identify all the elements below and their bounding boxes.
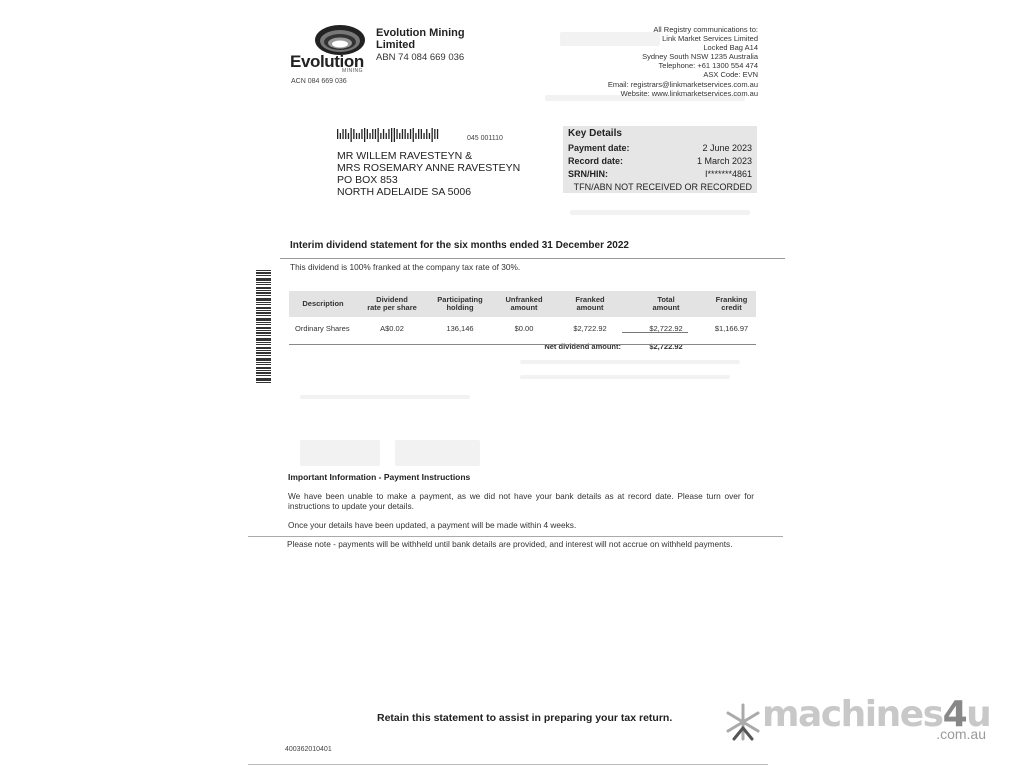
key-details-title: Key Details: [568, 128, 752, 139]
machines4u-watermark: machines4u .com.au: [724, 700, 994, 748]
address-line: NORTH ADELAIDE SA 5006: [337, 186, 520, 198]
divider: [280, 258, 785, 259]
column-header: Totalamount: [625, 296, 707, 313]
table-cell: Ordinary Shares: [289, 324, 357, 333]
record-date-row: Record date: 1 March 2023: [568, 155, 752, 168]
document-number: 400362010401: [285, 746, 332, 753]
column-header: Description: [289, 300, 357, 309]
srn-label: SRN/HIN:: [568, 168, 608, 181]
table-header: DescriptionDividendrate per sharePartici…: [289, 291, 756, 317]
registry-phone: Telephone: +61 1300 554 474: [608, 61, 758, 70]
payment-date-value: 2 June 2023: [702, 142, 752, 155]
important-info-paragraph: We have been unable to make a payment, a…: [288, 491, 754, 511]
table-cell: 136,146: [427, 324, 493, 333]
snowflake-logo-icon: [724, 702, 762, 742]
total-underline: [622, 332, 688, 333]
machines4u-domain: .com.au: [936, 726, 986, 742]
table-cell: $2,722.92: [555, 324, 625, 333]
abn-number: ABN 74 084 669 036: [376, 52, 465, 64]
table-cell: $1,166.97: [707, 324, 756, 333]
table-cell: A$0.02: [357, 324, 427, 333]
important-info-paragraph: Please note - payments will be withheld …: [287, 539, 733, 549]
registry-website: Website: www.linkmarketservices.com.au: [608, 89, 758, 98]
bleed-through-block: [300, 440, 380, 466]
franked-note: This dividend is 100% franked at the com…: [290, 262, 520, 272]
divider: [248, 536, 783, 537]
srn-value: I*******4861: [705, 168, 752, 181]
registry-line: Link Market Services Limited: [608, 34, 758, 43]
table-cell: $0.00: [493, 324, 555, 333]
bleed-through-text: [520, 375, 730, 379]
acn-number: ACN 084 669 036: [291, 78, 347, 85]
payment-date-label: Payment date:: [568, 142, 630, 155]
table-body: Ordinary SharesA$0.02136,146$0.00$2,722.…: [289, 317, 756, 339]
net-dividend-row: Net dividend amount: $2,722.92: [289, 339, 756, 353]
bleed-through-block: [395, 440, 480, 466]
tfn-notice: TFN/ABN NOT RECEIVED OR RECORDED: [568, 181, 752, 194]
bleed-through-text: [520, 360, 740, 364]
statement-title: Interim dividend statement for the six m…: [290, 240, 629, 251]
mail-sort-code: 045 001110: [467, 135, 503, 142]
net-dividend-label: Net dividend amount:: [289, 342, 625, 351]
registry-contact: All Registry communications to: Link Mar…: [608, 25, 758, 98]
column-header: Participatingholding: [427, 296, 493, 313]
retain-notice: Retain this statement to assist in prepa…: [377, 712, 672, 724]
postal-barcode-icon: [337, 128, 442, 144]
record-date-label: Record date:: [568, 155, 623, 168]
address-line: MRS ROSEMARY ANNE RAVESTEYN: [337, 162, 520, 174]
registry-line: Sydney South NSW 1235 Australia: [608, 52, 758, 61]
bleed-through-text: [570, 210, 750, 215]
important-info-title: Important Information - Payment Instruct…: [288, 472, 470, 482]
table-row: Ordinary SharesA$0.02136,146$0.00$2,722.…: [289, 317, 756, 339]
table-bottom-rule: [289, 344, 756, 345]
record-date-value: 1 March 2023: [697, 155, 752, 168]
page-bottom-edge: [248, 764, 768, 765]
column-header: Frankingcredit: [707, 296, 756, 313]
srn-row: SRN/HIN: I*******4861: [568, 168, 752, 181]
column-header: Dividendrate per share: [357, 296, 427, 313]
registry-line: All Registry communications to:: [608, 25, 758, 34]
company-name-line2: Limited: [376, 39, 465, 51]
registry-asx-code: ASX Code: EVN: [608, 70, 758, 79]
key-details-box: Key Details Payment date: 2 June 2023 Re…: [563, 126, 757, 193]
registry-line: Locked Bag A14: [608, 43, 758, 52]
brand-main: machines: [762, 694, 943, 735]
payment-date-row: Payment date: 2 June 2023: [568, 142, 752, 155]
recipient-address: MR WILLEM RAVESTEYN & MRS ROSEMARY ANNE …: [337, 150, 520, 198]
address-line: MR WILLEM RAVESTEYN &: [337, 150, 520, 162]
side-barcode-icon: [256, 270, 271, 384]
column-header: Frankedamount: [555, 296, 625, 313]
company-info: Evolution Mining Limited ABN 74 084 669 …: [376, 27, 465, 64]
evolution-mining-logo: Evolution MINING: [290, 24, 370, 76]
bleed-through-text: [300, 395, 470, 399]
net-dividend-value: $2,722.92: [625, 342, 707, 351]
important-info-paragraph: Once your details have been updated, a p…: [288, 520, 576, 530]
address-line: PO BOX 853: [337, 174, 520, 186]
column-header: Unfrankedamount: [493, 296, 555, 313]
registry-email: Email: registrars@linkmarketservices.com…: [608, 80, 758, 89]
logo-subtitle: MINING: [342, 68, 363, 74]
dividend-statement-page: Evolution MINING ACN 084 669 036 Evoluti…: [0, 0, 1024, 768]
company-name-line1: Evolution Mining: [376, 27, 465, 39]
